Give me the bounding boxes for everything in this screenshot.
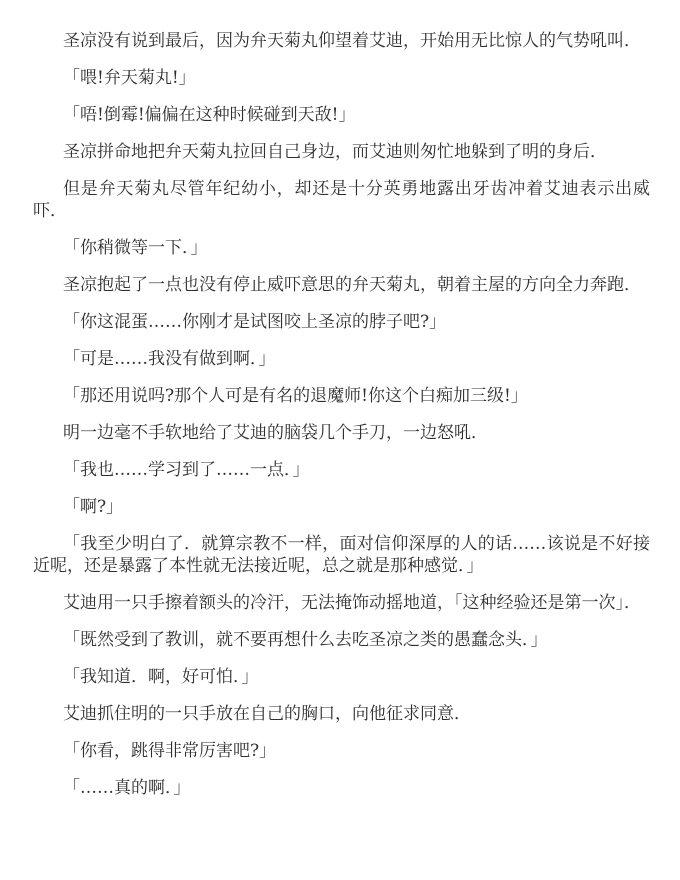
paragraph-narrative-7: 艾迪抓住明的一只手放在自己的胸口，向他征求同意． <box>33 703 650 725</box>
paragraph-dialogue-5: 「可是……我没有做到啊．」 <box>33 348 650 370</box>
paragraph-dialogue-13: 「……真的啊．」 <box>33 777 650 799</box>
paragraph-dialogue-1: 「喂!弁天菊丸!」 <box>33 67 650 89</box>
paragraph-narrative-4: 圣凉抱起了一点也没有停止威吓意思的弁天菊丸，朝着主屋的方向全力奔跑． <box>33 274 650 296</box>
document-page: 圣凉没有说到最后，因为弁天菊丸仰望着艾迪，开始用无比惊人的气势吼叫． 「喂!弁天… <box>0 0 680 880</box>
paragraph-dialogue-7: 「我也……学习到了……一点．」 <box>33 459 650 481</box>
paragraph-narrative-6: 艾迪用一只手擦着额头的冷汗，无法掩饰动摇地道，「这种经验还是第一次」． <box>33 592 650 614</box>
paragraph-dialogue-12: 「你看，跳得非常厉害吧?」 <box>33 740 650 762</box>
paragraph-dialogue-2: 「唔!倒霉!偏偏在这种时候碰到天敌!」 <box>33 104 650 126</box>
paragraph-narrative-1: 圣凉没有说到最后，因为弁天菊丸仰望着艾迪，开始用无比惊人的气势吼叫． <box>33 30 650 52</box>
paragraph-dialogue-11: 「我知道．啊，好可怕．」 <box>33 666 650 688</box>
paragraph-dialogue-9: 「我至少明白了．就算宗教不一样，面对信仰深厚的人的话……该说是不好接近呢，还是暴… <box>33 533 650 577</box>
paragraph-dialogue-6: 「那还用说吗?那个人可是有名的退魔师!你这个白痴加三级!」 <box>33 385 650 407</box>
paragraph-narrative-2: 圣凉拼命地把弁天菊丸拉回自己身边，而艾迪则匆忙地躲到了明的身后． <box>33 141 650 163</box>
paragraph-narrative-5: 明一边毫不手软地给了艾迪的脑袋几个手刀，一边怒吼． <box>33 422 650 444</box>
paragraph-dialogue-10: 「既然受到了教训，就不要再想什么去吃圣凉之类的愚蠢念头．」 <box>33 629 650 651</box>
paragraph-narrative-3: 但是弁天菊丸尽管年纪幼小，却还是十分英勇地露出牙齿冲着艾迪表示出威吓． <box>33 178 650 222</box>
paragraph-dialogue-8: 「啊?」 <box>33 496 650 518</box>
paragraph-dialogue-3: 「你稍微等一下．」 <box>33 237 650 259</box>
paragraph-dialogue-4: 「你这混蛋……你刚才是试图咬上圣凉的脖子吧?」 <box>33 311 650 333</box>
